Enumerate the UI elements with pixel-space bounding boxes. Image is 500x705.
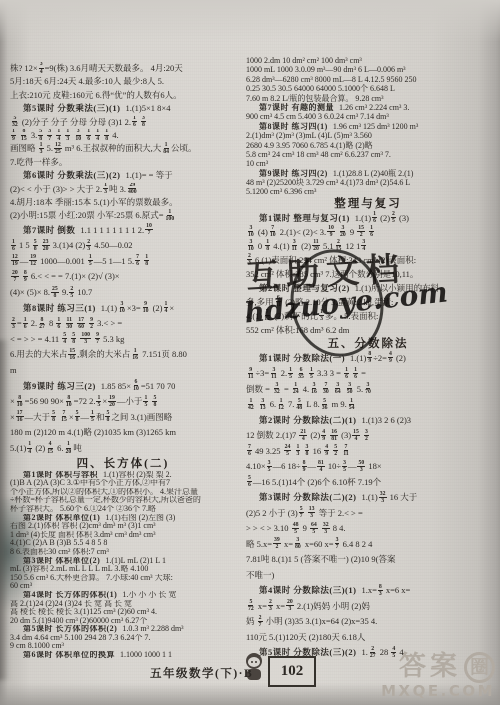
- lesson-answer-line: 第4课时 长方体的体积(1)1.小 小 小 长 宽: [10, 591, 236, 600]
- fraction: 313: [259, 398, 267, 411]
- answer-line: 12 倒数 2.(1)7 214 (2)49 1681 (3)154 32: [246, 428, 490, 444]
- fraction: 16: [23, 317, 28, 330]
- fraction: 911: [247, 367, 254, 380]
- answer-line: 5.1200 cm³ 6.396 cm³: [246, 187, 490, 196]
- fraction: 154: [348, 398, 356, 411]
- fraction: 730: [322, 382, 330, 395]
- answer-line: 19 815 3.58 37 14 13 310 16 14 18 4.: [10, 129, 236, 142]
- right-column: 1000 2.dm 10 dm² cm² 100 dm³ cm³1000 mL …: [246, 56, 490, 661]
- answer-line: mL (3)容积 2.mL mL L L L mL 3.略 4.100: [10, 565, 236, 574]
- lesson-answer-line: 第4课时 分数除法(三)(1)1.x=83 x=6 x=: [246, 583, 490, 599]
- fraction: 54: [62, 332, 67, 345]
- fraction: 14: [164, 301, 169, 314]
- fraction: 245: [284, 444, 292, 457]
- fraction: 392: [273, 537, 281, 550]
- answer-line: 1000 mL 1000 3.0.09 m³—90 dm³ 6 L—0.006 …: [246, 65, 490, 74]
- fraction: 15: [288, 367, 293, 380]
- fraction: 310: [118, 301, 126, 314]
- answer-line: 532 (2)分子 分子 分母 分母 (3)1 2.16 38: [10, 116, 236, 129]
- answer-line: 妈 27 小明 (3)35 3.(1)x=64 (2)x=35 4.: [246, 614, 490, 630]
- answer-line: 56—16 5.(1)14个 (2)6个 6.10杯 7.19个: [246, 475, 490, 491]
- fraction: 1516: [68, 348, 76, 361]
- fraction: 83: [378, 584, 383, 597]
- answer-line: ×810=56 90 90×810=72 2.15×1920—小于15 58: [10, 394, 236, 410]
- lesson-title: 第8课时 练习三(1): [23, 303, 101, 313]
- answer-line: 4.(1)C (2)A B (3)B 5.5 4 8 5 8: [10, 539, 236, 548]
- answer-line: 110元 5.(1)120天 (2)180天 6.18人: [246, 630, 490, 646]
- answer-line: 16 1 5 58 2320 3.(1)4 (2)23 4.50—0.02: [10, 238, 236, 254]
- fraction: 810: [16, 395, 24, 408]
- fraction: 38: [141, 116, 146, 129]
- section-header: 四、长方体(二): [10, 457, 236, 471]
- answer-line: 1 dm³ (4)长度 面积 体积 3.dm³ cm³ dm³ cm³: [10, 531, 236, 540]
- fraction: 89: [302, 460, 307, 473]
- answer-line: 207 89 6.< < = = 7.(1)× (2)√ (3)×: [10, 269, 236, 285]
- fraction: 25: [391, 211, 396, 224]
- fraction: 14: [56, 129, 61, 142]
- lesson-answer-line: 第1课时 分数除法(一)1.(1)89÷2=49 (2): [246, 351, 490, 367]
- fraction: 89: [23, 270, 28, 283]
- fraction: 827: [38, 317, 46, 330]
- fraction: 350: [346, 382, 354, 395]
- fraction: 56: [247, 475, 252, 488]
- fraction: 34: [39, 62, 44, 75]
- fraction: 23: [268, 599, 273, 612]
- fraction: 116: [131, 348, 139, 361]
- answer-line: 60 cm³: [10, 582, 236, 591]
- fraction: 316: [310, 382, 318, 395]
- fraction: 227: [369, 646, 377, 659]
- answer-line: (2)小明:15票 小红:20票 小军:25票 6.原式=1100: [10, 209, 236, 222]
- fraction: 1681: [330, 429, 338, 442]
- lesson-title: 第1课时 体积与容积: [23, 471, 103, 479]
- fraction: 710: [269, 225, 277, 238]
- answer-line: (4)× (5)× 8.258 9.25 10.7: [10, 285, 236, 301]
- fraction: 29400: [127, 183, 138, 196]
- answer-line: ×1716—大于58 715×58—15和58之间 3.(1)画图略: [10, 410, 236, 426]
- fraction: 32: [364, 429, 369, 442]
- fraction: 13: [103, 183, 108, 196]
- answer-line: 150 5.6 cm³ 6.大杯更合算。 7.小球:40 cm³ 大球:: [10, 574, 236, 583]
- fraction: 1716: [16, 410, 24, 423]
- answer-line: 9 cm 8.1000 cm³: [10, 642, 236, 651]
- fraction: 107: [145, 223, 153, 236]
- answer-line: 310 (4)710 2.(1)< (2)< 3.109 320 9 152 1…: [246, 225, 490, 239]
- fraction: 142: [247, 398, 255, 411]
- lesson-title: 第4课时 分数除法(三)(1): [259, 585, 361, 595]
- fraction: 154: [352, 429, 360, 442]
- fraction: 323: [379, 491, 387, 504]
- fraction: 310: [247, 225, 255, 238]
- answer-line: ÷杯数=杯子容积,总量一定,杯数少的容积大,所以爸爸的: [10, 496, 236, 505]
- book-title-footer: 五年级数学(下)·B: [150, 665, 253, 681]
- lesson-title: 第3课时 体积单位(2): [23, 557, 105, 565]
- lesson-answer-line: 第7课时 有趣的测量1.26 cm³ 2.224 cm³ 3.: [246, 103, 490, 112]
- site-watermark: 答案圈 MXQE.COM: [381, 652, 495, 699]
- lesson-answer-line: 第2课时 体积单位(1)1.(1)右图 (2)左图 (3): [10, 514, 236, 523]
- answer-line: 倒数 = 332 = 124 4.316 730 364 350 5.370: [246, 382, 490, 398]
- fraction: 16: [132, 116, 137, 129]
- answer-line: 2.(1)dm³ (2)m³ (3)mL (4)L (5)m³ 3.560: [246, 131, 490, 140]
- fraction: 58: [152, 395, 157, 408]
- fraction: 38: [305, 444, 310, 457]
- site-logo-circled-char: 圈: [464, 652, 495, 683]
- fraction: 133: [308, 506, 316, 519]
- answer-line: 株? 12×34=9(株) 3.6月晴天天数最多。 4月:20天: [10, 62, 236, 75]
- fraction: 16: [11, 239, 16, 252]
- fraction: 572: [247, 599, 255, 612]
- fraction: 332: [273, 382, 281, 395]
- fraction: 49: [321, 429, 326, 442]
- fraction: 1912: [29, 254, 37, 267]
- fraction: 184: [162, 142, 170, 155]
- lesson-title: 第7课时 有趣的测量: [259, 103, 339, 112]
- fraction: 49: [388, 351, 393, 364]
- fraction: 109: [327, 225, 335, 238]
- lesson-title: 第9课时 练习三(2): [23, 381, 101, 391]
- fraction: 1003: [80, 332, 91, 345]
- fraction: 52: [333, 444, 338, 457]
- lesson-answer-line: 第8课时 练习三(1)1.(1)310×3=910 (2)14×: [10, 301, 236, 317]
- lesson-title: 第5课时 分数乘法(三)(1): [23, 103, 125, 113]
- fraction: 1100: [165, 209, 176, 222]
- fraction: 503: [357, 460, 365, 473]
- answer-line: 10 cm³: [246, 159, 490, 168]
- answer-line: 不唯一): [246, 568, 490, 584]
- fraction: 532: [11, 116, 19, 129]
- fraction: 910: [142, 301, 150, 314]
- fraction: 1920: [108, 395, 116, 408]
- fraction: 364: [334, 382, 342, 395]
- fraction: 815: [20, 129, 28, 142]
- lesson-answer-line: 第7课时 倒数1.1 1 1 1 1 1 1 1 2.107: [10, 223, 236, 239]
- fraction: 35: [342, 460, 347, 473]
- lesson-title: 第6课时 分数乘法(三)(2): [23, 170, 125, 180]
- fraction: 76: [247, 444, 252, 457]
- lesson-title: 第9课时 练习四(2): [259, 169, 333, 178]
- scan-edge-shadow: [0, 340, 10, 680]
- lesson-title: 第5课时 长方体的体积(2): [23, 625, 122, 633]
- answer-line: m: [10, 363, 236, 379]
- fraction: 1219: [11, 254, 19, 267]
- fraction: 92: [89, 317, 94, 330]
- fraction: 645: [310, 522, 318, 535]
- answer-line: (2)5 2 小于 (3)57 133 等于 2.< > =: [246, 506, 490, 522]
- fraction: 635: [297, 367, 305, 380]
- fraction: 814: [317, 460, 325, 473]
- fraction: 37: [47, 129, 52, 142]
- scanned-page: 株? 12×34=9(株) 3.6月晴天天数最多。 4月:20天5月:18天 6…: [0, 0, 500, 705]
- fraction: 58: [75, 410, 80, 423]
- site-url-text: MXQE.COM: [381, 683, 495, 699]
- fraction: 13: [65, 129, 70, 142]
- lesson-answer-line: 第8课时 练习四(1)1.96 cm³ 125 dm³ 1200 m³: [246, 122, 490, 131]
- answer-line: 142 313 6.112 7.548 L 8.536 m 9.154: [246, 397, 490, 413]
- lesson-answer-line: 第2课时 分数除法(二)(1)1.(1)3 2 6 (2)3: [246, 413, 490, 429]
- fraction: 14: [95, 129, 100, 142]
- fraction: 16: [372, 211, 377, 224]
- fraction: 89: [367, 351, 372, 364]
- answer-line: 7.81吨 8.(1)1 5 (答案不唯一) (2)10 9(答案: [246, 552, 490, 568]
- fraction: 16: [353, 367, 358, 380]
- lesson-answer-line: 第6课时 体积单位的换算1.1000 1000 1 1: [10, 651, 236, 660]
- fraction: 380: [294, 537, 302, 550]
- fraction: 25: [69, 286, 74, 299]
- fraction: 97: [95, 332, 100, 345]
- fraction: 1225: [54, 142, 62, 155]
- lesson-answer-line: 第9课时 练习三(2)1.85 85×610=51 70 70: [10, 379, 236, 395]
- fraction: 310: [74, 129, 82, 142]
- answer-line: 画图略 13 5.1225 m³ 6.王叔叔种的面积大,大184公顷。: [10, 142, 236, 155]
- fraction: 58: [105, 410, 110, 423]
- answer-line: 2680 4.9 3.95 7060 6.785 4.(1)略 (2)略: [246, 141, 490, 150]
- fraction: 15: [90, 410, 95, 423]
- answer-line: 1219—1912 1000—0.001 15—5 1—1 5.76 18: [10, 254, 236, 270]
- fraction: 16: [56, 317, 61, 330]
- answer-line: 911÷3=311 2.15 635 15 3.3 3 = 16 16 =: [246, 366, 490, 382]
- fraction: 214: [299, 429, 307, 442]
- fraction: 27: [258, 615, 263, 628]
- answer-columns: 株? 12×34=9(株) 3.6月晴天天数最多。 4月:20天5月:18天 6…: [10, 56, 490, 661]
- answer-line: 上衣:210元 皮鞋:160元 6.得“优”的人数有6人。: [10, 89, 236, 102]
- answer-line: 8 6.表面积:30 cm² 体积:7 cm³: [10, 548, 236, 557]
- lesson-title: 第6课时 体积单位的换算: [23, 651, 120, 659]
- answer-line: 4.胡月:18本 季丽:15本 5.(1)小军的票数最多。: [10, 196, 236, 209]
- answer-line: < = > > = 4.11 54 58 1003 97 5.3 kg: [10, 332, 236, 348]
- fraction: 120: [65, 441, 73, 454]
- fraction: 715: [60, 410, 68, 423]
- answer-line: 略 5.x=392 x=380 x=60 x=37 6.4 8 2 4: [246, 537, 490, 553]
- lesson-title: 第1课时 整理与复习(1): [259, 213, 355, 223]
- answer-line: 572 x=23 x=203 2.(1)妈妈 小明 (2)妈: [246, 599, 490, 615]
- answer-line: 6.用去的大米占1516,剩余的大米占116 7.151页 8.80: [10, 347, 236, 363]
- fraction: 16: [344, 367, 349, 380]
- answer-line: 杯子容积大。 5.60个 6.①24个 ②36个 7.略: [10, 505, 236, 514]
- fraction: 370: [364, 382, 372, 395]
- fraction: 320: [339, 225, 347, 238]
- fraction: 23: [11, 317, 16, 330]
- lesson-title: 第7课时 倒数: [23, 225, 80, 235]
- lesson-answer-line: 第1课时 体积与容积1.(1)容积 (2)梨 梨 2.: [10, 471, 236, 480]
- fraction: 13: [296, 444, 301, 457]
- fraction: 16: [86, 129, 91, 142]
- fraction: 124: [292, 382, 300, 395]
- lesson-title: 第8课时 练习四(1): [259, 122, 333, 131]
- fraction: 58: [51, 410, 56, 423]
- fraction: 15: [143, 395, 148, 408]
- answer-line: (2)< < 小于 (3)> > 大于 2.13吨 3.29400: [10, 183, 236, 196]
- fraction: 37: [335, 537, 340, 550]
- fraction: 152: [357, 225, 365, 238]
- fraction: 19: [11, 129, 16, 142]
- fraction: 711: [342, 444, 349, 457]
- fraction: 207: [11, 270, 19, 283]
- fraction: 16: [369, 225, 374, 238]
- fraction: 536: [321, 398, 329, 411]
- fraction: 58: [38, 129, 43, 142]
- fraction: 15: [309, 367, 314, 380]
- answer-line: 4.10×35—6 18÷89—814 10÷35—503 18×: [246, 459, 490, 475]
- lesson-answer-line: 第3课时 分数除法(二)(2)1.(1)323 16 大于: [246, 490, 490, 506]
- answer-line: 48 m³ (2)25200块 3.729 cm³ 4.(1)73 dm³ (2…: [246, 178, 490, 187]
- lesson-answer-line: 第6课时 分数乘法(三)(2)1.(1)= = 等于: [10, 169, 236, 182]
- fraction: 18: [144, 254, 149, 267]
- fraction: 15: [88, 254, 93, 267]
- lesson-title: 第4课时 长方体的体积(1): [23, 591, 122, 599]
- fraction: 49: [324, 444, 329, 457]
- fraction: 311: [270, 367, 277, 380]
- lesson-answer-line: 第5课时 分数乘法(三)(1)1.(1)5×1 8×4: [10, 102, 236, 115]
- fraction: 35: [267, 460, 272, 473]
- fraction: 2320: [42, 239, 50, 252]
- fraction: 18: [104, 129, 109, 142]
- left-column: 株? 12×34=9(株) 3.6月晴天天数最多。 4月:20天5月:18天 6…: [10, 56, 236, 661]
- fraction: 112: [277, 398, 285, 411]
- answer-line: 3.4 dm 4.64 cm³ 5.100 294 28 7.3 6.24个 7…: [10, 634, 236, 643]
- answer-line: 右图 2.(1)体积 容积 (2)cm³ dm³ m³ (3)1 cm³: [10, 522, 236, 531]
- lesson-title: 第3课时 分数除法(二)(2): [259, 492, 361, 502]
- answer-line: 5月:18天 6月:24天 4.最多:10人 最少:8人 5.: [10, 75, 236, 88]
- answer-line: 高 棱长 棱长 棱长 3.(1)125 cm³ (2)60 cm³ 4.: [10, 608, 236, 617]
- answer-line: 7.吃得一样多。: [10, 156, 236, 169]
- fraction: 415: [46, 441, 54, 454]
- fraction: 57: [299, 506, 304, 519]
- fraction: 485: [292, 522, 300, 535]
- fraction: 1130: [65, 317, 73, 330]
- lesson-title: 第2课时 体积单位(1): [23, 514, 105, 522]
- answer-line: 5.(1)14 (2)415 6.120吨: [10, 441, 236, 457]
- fraction: 76: [135, 254, 140, 267]
- site-logo-text: 答案: [399, 651, 461, 682]
- answer-line: 个小正方体,所以②的体积大,①的体积小。 4.果汁总量: [10, 488, 236, 497]
- answer-line: 180 m (2)120 m 4.(1)略 (2)1035 km (3)1265…: [10, 425, 236, 441]
- fraction: 258: [51, 286, 59, 299]
- answer-line: (1)B A (2)A (3)C 3.①中有5个小正方体,②中有7: [10, 479, 236, 488]
- fraction: 810: [65, 395, 73, 408]
- answer-line: 20 dm 5.(1)9400 cm³ (2)60000 cm³ 6.27个: [10, 617, 236, 626]
- lesson-answer-line: 第5课时 长方体的体积(2)1.0.3 m³ 2.288 dm³: [10, 625, 236, 634]
- fraction: 15: [96, 395, 101, 408]
- fraction: 610: [132, 379, 140, 392]
- lesson-answer-line: 第9课时 练习四(2)1.(1)28.8 L (2)40瓶 2.(1): [246, 169, 490, 178]
- section-header: 整理与复习: [246, 197, 490, 211]
- fraction: 203: [286, 599, 294, 612]
- answer-line: 900 cm³ 4.5 cm 5.400 3 6.0.24 cm³ 7.14 d…: [246, 112, 490, 121]
- fraction: 14: [27, 441, 32, 454]
- answer-line: 高 2.(1)24 (2)24 (3)24 长 宽 高 长 宽: [10, 600, 236, 609]
- fraction: 58: [71, 332, 76, 345]
- lesson-answer-line: 第3课时 体积单位(2)1.(1)L mL (2)1 L 1: [10, 557, 236, 566]
- fraction: 58: [33, 239, 38, 252]
- answer-line: 5.8 cm³ 24 cm³ 18 cm³ 48 cm² 6.6.237 cm³…: [246, 150, 490, 159]
- lesson-title: 第2课时 分数除法(二)(1): [259, 415, 361, 425]
- lesson-answer-line: 第1课时 整理与复习(1)1.(1)16 (2)25 (3): [246, 211, 490, 225]
- answer-line: 1000 2.dm 10 dm² cm² 100 dm³ cm³: [246, 56, 490, 65]
- answer-line: 6.28 dm³—6280 cm³ 8000 mL—8 L 4.12.5 956…: [246, 75, 490, 84]
- answer-line: 76 49 3.25 245 13 38 16 49 52 711: [246, 444, 490, 460]
- answer-line: > > < > 3.10 485 9 645 323 8 4.: [246, 521, 490, 537]
- fraction: 548: [295, 398, 303, 411]
- fraction: 13: [39, 142, 44, 155]
- answer-line: 0.25 30.5 30.5 64000 64000 5.1000个 6.648…: [246, 84, 490, 93]
- answer-line: 23=16 2.827 8 16 1130 1760 92 3.< > =: [10, 316, 236, 332]
- fraction: 23: [86, 239, 91, 252]
- fraction: 323: [322, 522, 330, 535]
- site-logo: 答案圈: [381, 652, 495, 683]
- page-number-badge: 102: [268, 656, 316, 687]
- answer-line: 7.60 m 8.2 L/瓶的包装最合算。 9.28 cm³: [246, 94, 490, 103]
- fraction: 1760: [77, 317, 85, 330]
